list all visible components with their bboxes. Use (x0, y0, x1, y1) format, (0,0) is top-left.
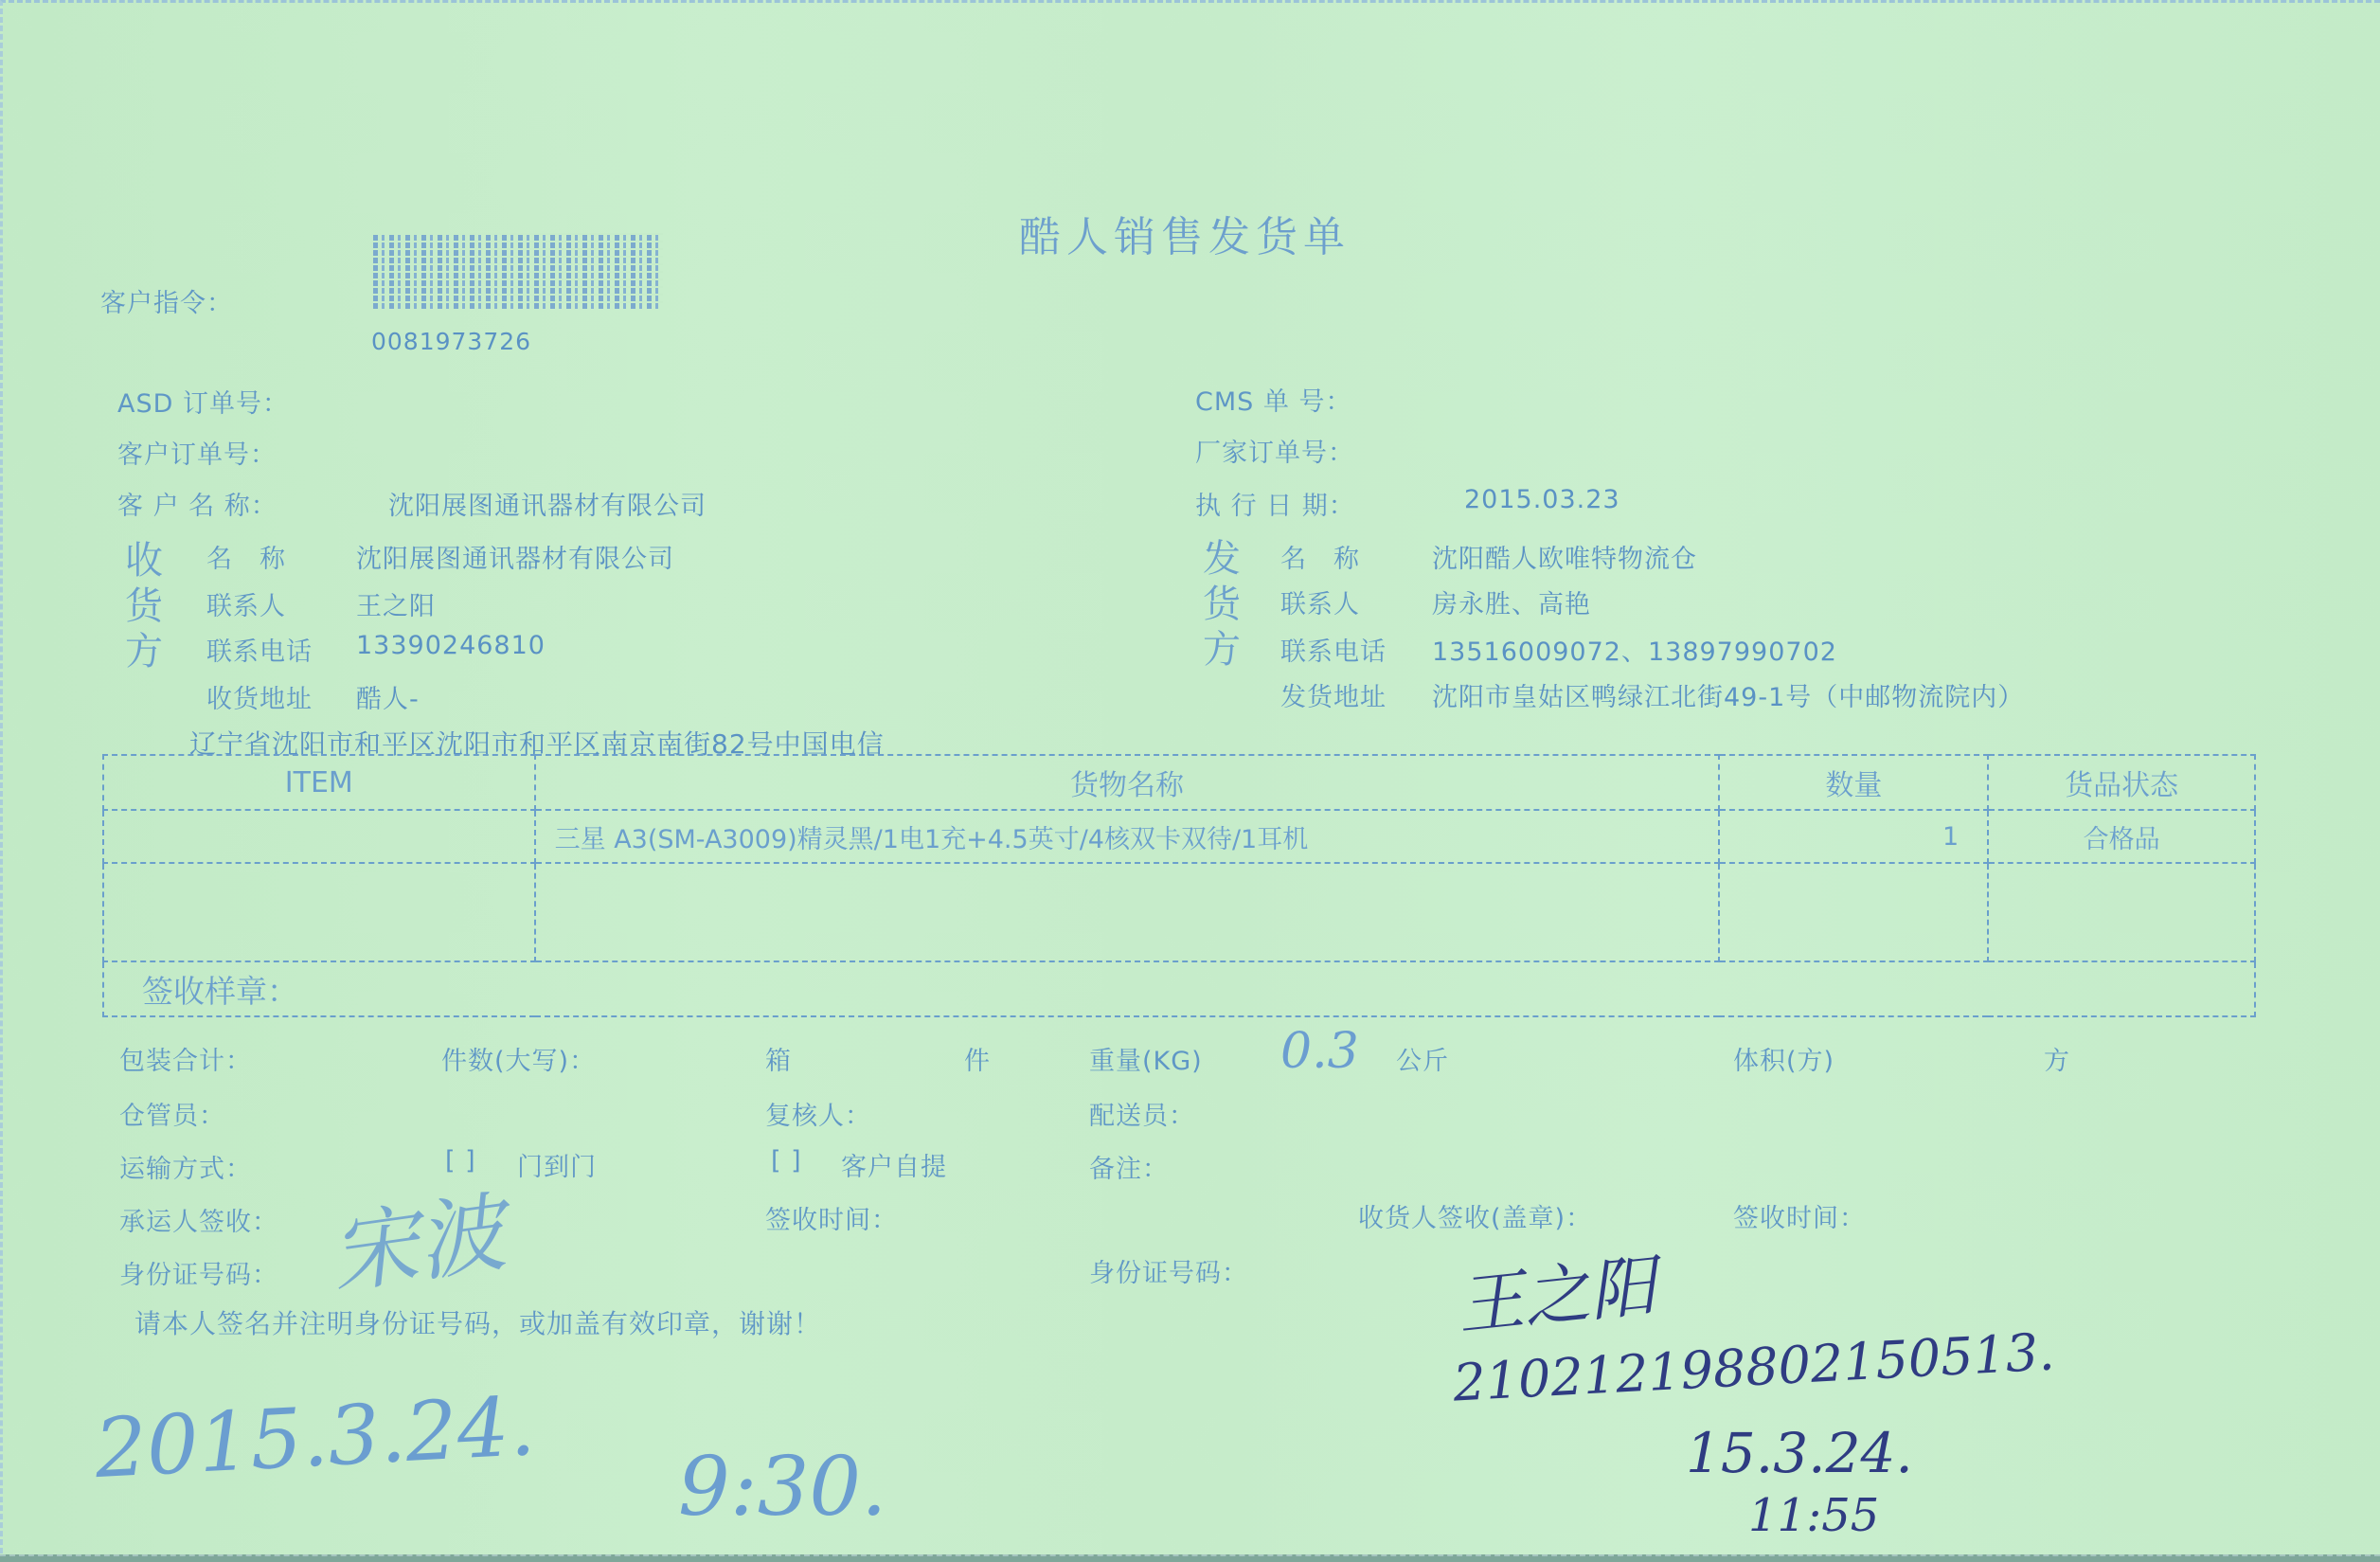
pieces-label: 件数(大写)： (441, 1040, 596, 1077)
shipper-address-value: 沈阳市皇姑区鸭绿江北街49-1号（中邮物流院内） (1432, 676, 2024, 713)
header-quantity: 数量 (1719, 755, 1988, 810)
stamp-label: 签收样章： (103, 961, 2255, 1016)
self-pickup-label: 客户自提 (841, 1146, 947, 1183)
transport-method-label: 运输方式： (119, 1148, 252, 1185)
row-item (103, 863, 535, 961)
piece-label: 件 (964, 1040, 991, 1077)
shipper-name-label: 名 称 (1280, 538, 1360, 575)
volume-unit: 方 (2044, 1040, 2070, 1077)
goods-table-header-row: ITEM 货物名称 数量 货品状态 (103, 755, 2255, 810)
weight-value: 0.3 (1280, 1023, 1359, 1080)
row-quantity: 1 (1719, 810, 1988, 863)
row-goods-name: 三星 A3(SM-A3009)精灵黑/1电1充+4.5英寸/4核双卡双待/1耳机 (535, 810, 1720, 863)
receiver-id-label: 身份证号码： (1089, 1252, 1248, 1289)
customer-name-value: 沈阳展图通讯器材有限公司 (388, 485, 707, 522)
receiver-sign-time-label: 签收时间： (1733, 1197, 1866, 1234)
header-goods-status: 货品状态 (1988, 755, 2255, 810)
receiver-date-handwriting: 15.3.24. (1686, 1421, 1913, 1485)
asd-order-label: ASD 订单号： (117, 383, 289, 420)
row-goods-name (535, 863, 1720, 961)
shipper-name-value: 沈阳酷人欧唯特物流仓 (1432, 538, 1697, 575)
customer-order-label: 客户订单号： (117, 434, 277, 471)
row-item (103, 810, 535, 863)
document-title: 酷人销售发货单 (1019, 203, 1351, 263)
customer-instruction-label: 客户指令： (100, 282, 233, 319)
weight-label: 重量(KG) (1089, 1040, 1203, 1077)
barcode (373, 233, 663, 309)
exec-date-value: 2015.03.23 (1464, 485, 1620, 514)
volume-label: 体积(方) (1733, 1040, 1834, 1077)
remarks-label: 备注： (1089, 1148, 1169, 1185)
header-goods-name: 货物名称 (535, 755, 1720, 810)
carrier-sign-time-label: 签收时间： (765, 1199, 898, 1236)
receiver-contact-label: 联系人 (206, 585, 286, 622)
receiver-name-label: 名 称 (206, 538, 286, 575)
package-total-label: 包装合计： (119, 1040, 252, 1077)
table-row: 三星 A3(SM-A3009)精灵黑/1电1充+4.5英寸/4核双卡双待/1耳机… (103, 810, 2255, 863)
barcode-number: 0081973726 (371, 328, 531, 355)
header-item: ITEM (103, 755, 535, 810)
row-status: 合格品 (1988, 810, 2255, 863)
carrier-signature-handwriting: 宋波 (322, 1163, 512, 1311)
stamp-row: 签收样章： (103, 961, 2255, 1016)
receiver-time-handwriting: 11:55 (1748, 1489, 1879, 1542)
factory-order-label: 厂家订单号： (1195, 432, 1354, 469)
table-row (103, 863, 2255, 961)
receiver-phone-value: 13390246810 (356, 631, 546, 660)
receiver-side-char-3: 方 (125, 621, 163, 675)
carrier-time-handwriting: 9:30. (678, 1440, 886, 1535)
carrier-id-label: 身份证号码： (119, 1254, 278, 1291)
customer-name-label: 客 户 名 称： (117, 485, 277, 522)
reviewer-label: 复核人： (765, 1095, 871, 1132)
box-label: 箱 (765, 1040, 792, 1077)
cms-order-label: CMS 单 号： (1195, 381, 1351, 418)
shipper-phone-label: 联系电话 (1280, 631, 1387, 668)
receiver-name-value: 沈阳展图通讯器材有限公司 (356, 538, 674, 575)
goods-table: ITEM 货物名称 数量 货品状态 三星 A3(SM-A3009)精灵黑/1电1… (102, 754, 2256, 1017)
receiver-address-label: 收货地址 (206, 678, 313, 715)
door-to-door-label: 门到门 (517, 1146, 597, 1183)
receiver-sign-label: 收货人签收(盖章)： (1358, 1197, 1592, 1234)
receiver-address-value: 酷人- (356, 678, 420, 715)
warehouse-keeper-label: 仓管员： (119, 1095, 225, 1132)
shipper-side-char-3: 方 (1203, 619, 1241, 673)
receiver-phone-label: 联系电话 (206, 631, 313, 668)
exec-date-label: 执 行 日 期： (1195, 485, 1355, 522)
carrier-sign-label: 承运人签收： (119, 1201, 278, 1238)
shipper-address-label: 发货地址 (1280, 676, 1387, 713)
receiver-contact-value: 王之阳 (356, 585, 436, 622)
weight-unit: 公斤 (1396, 1040, 1449, 1077)
paper-bottom-edge (0, 1554, 2380, 1562)
shipper-contact-value: 房永胜、高艳 (1432, 584, 1591, 620)
shipper-contact-label: 联系人 (1280, 584, 1360, 620)
row-status (1988, 863, 2255, 961)
row-quantity (1719, 863, 1988, 961)
shipper-phone-value: 13516009072、13897990702 (1432, 631, 1837, 668)
self-pickup-checkbox[interactable]: [ ] (771, 1146, 802, 1176)
signature-notice: 请本人签名并注明身份证号码，或加盖有效印章，谢谢！ (134, 1303, 821, 1341)
dispatcher-label: 配送员： (1089, 1095, 1195, 1132)
